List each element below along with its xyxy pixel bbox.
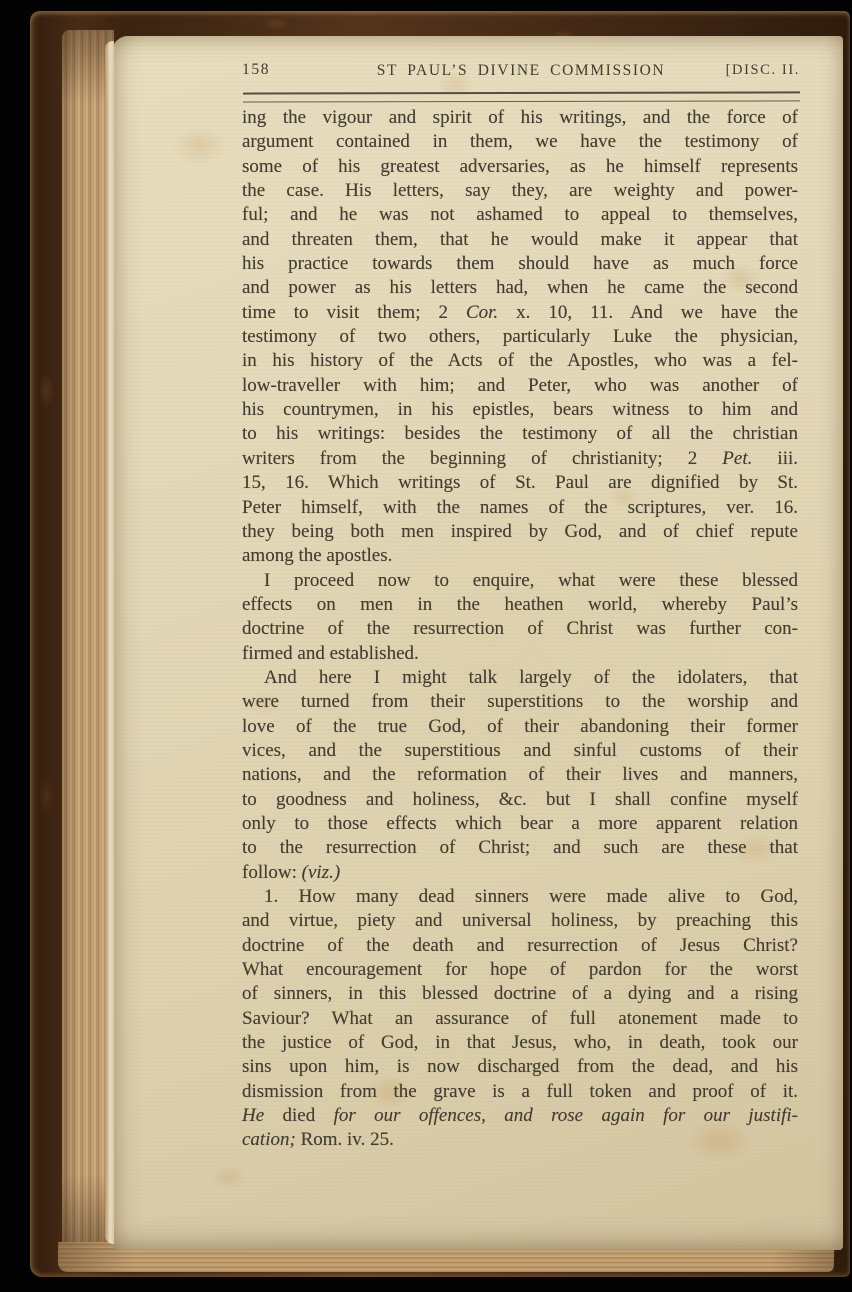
text-line: among the apostles. — [242, 544, 798, 568]
text-line: 15, 16. Which writings of St. Paul are d… — [242, 471, 798, 495]
text-line: in his history of the Acts of the Apostl… — [242, 349, 798, 373]
text-line: and threaten them, that he would make it… — [242, 228, 798, 252]
text-line: his practice towards them should have as… — [242, 252, 798, 276]
text-line: they being both men inspired by God, and… — [242, 520, 798, 544]
text-line: Peter himself, with the names of the scr… — [242, 496, 798, 520]
text-line: some of his greatest adversaries, as he … — [242, 155, 798, 179]
text-line: his countrymen, in his epistles, bears w… — [242, 398, 798, 422]
header-double-rule — [243, 91, 800, 102]
text-line: only to those effects which bear a more … — [242, 812, 798, 836]
text-line: firmed and established. — [242, 642, 798, 666]
text-line: to goodness and holiness, &c. but I shal… — [242, 788, 798, 812]
running-header: 158 ST PAUL’S DIVINE COMMISSION [DISC. I… — [242, 61, 800, 83]
text-line: argument contained in them, we have the … — [242, 130, 798, 154]
text-line: doctrine of the death and resurrection o… — [242, 934, 798, 958]
text-line: follow: (viz.) — [242, 861, 798, 885]
text-line: and power as his letters had, when he ca… — [242, 276, 798, 300]
text-line: nations, and the reformation of their li… — [242, 763, 798, 787]
text-line: to his writings: besides the testimony o… — [242, 422, 798, 446]
text-line: testimony of two others, particularly Lu… — [242, 325, 798, 349]
text-line: 1. How many dead sinners were made alive… — [242, 885, 798, 909]
text-line: ing the vigour and spirit of his writing… — [242, 106, 798, 130]
text-line: were turned from their superstitions to … — [242, 690, 798, 714]
text-line: dismission from the grave is a full toke… — [242, 1080, 798, 1104]
text-line: writers from the beginning of christiani… — [242, 447, 798, 471]
running-title: ST PAUL’S DIVINE COMMISSION — [242, 62, 800, 80]
text-line: doctrine of the resurrection of Christ w… — [242, 617, 798, 641]
discourse-label: [DISC. II. — [726, 62, 800, 79]
text-line: cation; Rom. iv. 25. — [242, 1128, 798, 1152]
text-line: the case. His letters, say they, are wei… — [242, 179, 798, 203]
text-line: What encouragement for hope of pardon fo… — [242, 958, 798, 982]
text-line: time to visit them; 2 Cor. x. 10, 11. An… — [242, 301, 798, 325]
text-line: low-traveller with him; and Peter, who w… — [242, 374, 798, 398]
text-line: of sinners, in this blessed doctrine of … — [242, 982, 798, 1006]
book-photograph: 158 ST PAUL’S DIVINE COMMISSION [DISC. I… — [0, 0, 852, 1292]
text-line: ful; and he was not ashamed to appeal to… — [242, 203, 798, 227]
book-page: 158 ST PAUL’S DIVINE COMMISSION [DISC. I… — [112, 36, 843, 1250]
printed-content: 158 ST PAUL’S DIVINE COMMISSION [DISC. I… — [112, 36, 843, 1250]
text-line: And here I might talk largely of the ido… — [242, 666, 798, 690]
text-line: vices, and the superstitious and sinful … — [242, 739, 798, 763]
text-line: I proceed now to enquire, what were thes… — [242, 569, 798, 593]
text-line: love of the true God, of their abandonin… — [242, 715, 798, 739]
text-line: and virtue, piety and universal holiness… — [242, 909, 798, 933]
text-line: sins upon him, is now discharged from th… — [242, 1055, 798, 1079]
body-text: ing the vigour and spirit of his writing… — [242, 106, 798, 1153]
text-line: He died for our offences, and rose again… — [242, 1104, 798, 1128]
text-line: to the resurrection of Christ; and such … — [242, 836, 798, 860]
text-line: the justice of God, in that Jesus, who, … — [242, 1031, 798, 1055]
text-line: effects on men in the heathen world, whe… — [242, 593, 798, 617]
text-line: Saviour? What an assurance of full atone… — [242, 1007, 798, 1031]
